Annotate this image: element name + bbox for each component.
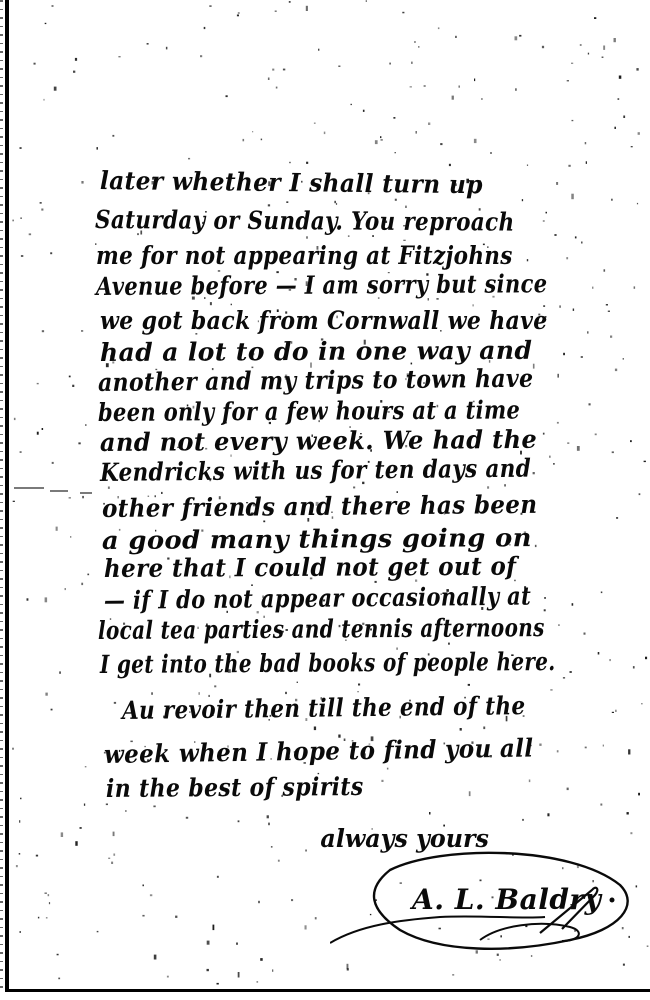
letter-line: week when I hope to find you all [104, 735, 534, 767]
letter-page: later whether I shall turn up Saturday o… [0, 0, 650, 1000]
letter-line: in the best of spirits [106, 774, 364, 801]
letter-line: had a lot to do in one way and [100, 338, 532, 365]
letter-line: been only for a few hours at a time [98, 397, 520, 425]
letter-line: later whether I shall turn up [100, 168, 483, 197]
signature-block: A. L. Baldry [330, 845, 640, 955]
letter-line: local tea parties and tennis afternoons [98, 615, 545, 643]
letter-line: other friends and there has been [102, 492, 538, 521]
letter-line: we got back from Cornwall we have [100, 308, 548, 333]
letter-line: Au revoir then till the end of the [122, 693, 526, 723]
letter-line: Kendricks with us for ten days and [100, 456, 531, 485]
letter-line: Saturday or Sunday. You reproach [95, 207, 515, 235]
letter-line: a good many things going on [102, 525, 532, 553]
letter-line: me for not appearing at Fitzjohns [96, 243, 513, 268]
scan-left-edge-noise [0, 0, 3, 992]
signature: A. L. Baldry [412, 883, 601, 916]
letter-line: I get into the bad books of people here. [100, 649, 556, 677]
letter-line: and not every week. We had the [100, 427, 537, 455]
page-bottom-border [5, 989, 650, 992]
letter-line: Avenue before — I am sorry but since [96, 271, 547, 299]
letter-line: here that I could not get out of [104, 554, 517, 581]
letter-line: — if I do not appear occasionally at [104, 584, 531, 613]
page-left-border [5, 0, 9, 992]
letter-line: another and my trips to town have [98, 366, 534, 395]
